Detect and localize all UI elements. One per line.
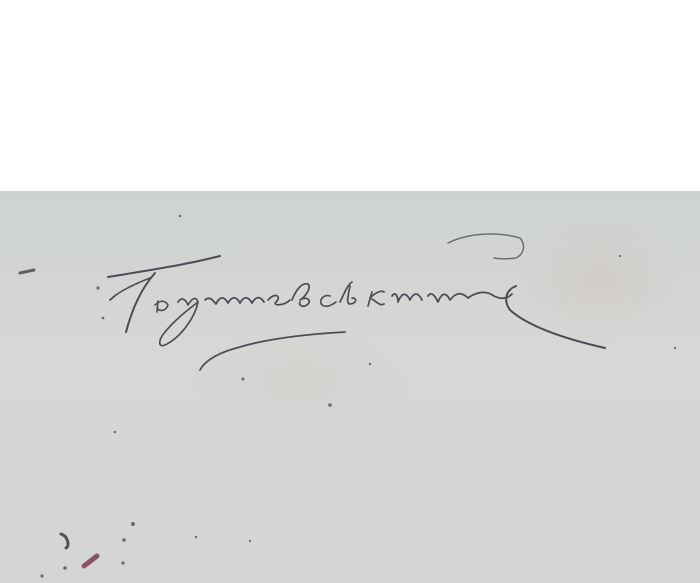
signature-drawing [0, 191, 700, 583]
blank-background [0, 0, 700, 191]
paper-sheet: Грушевський [0, 191, 700, 583]
stroke-letter-g-bar [108, 256, 220, 277]
